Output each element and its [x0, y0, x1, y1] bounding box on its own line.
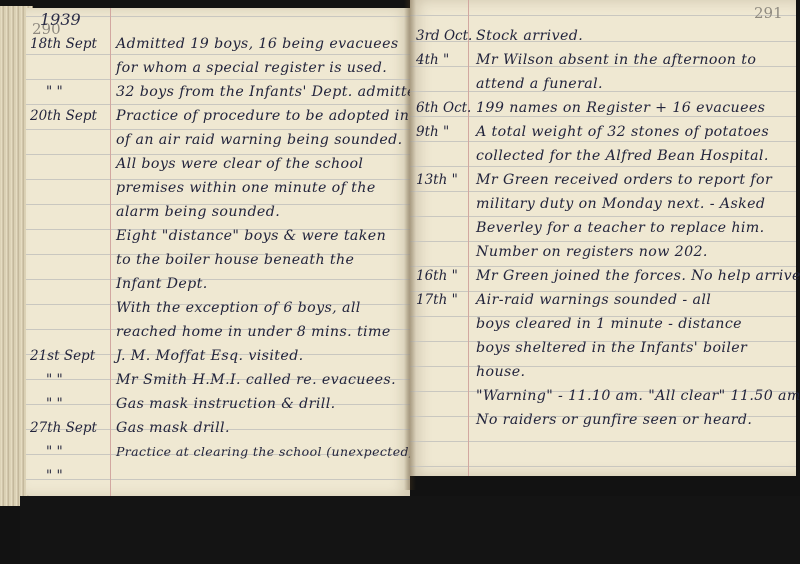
entry-line: Mr Wilson absent in the afternoon to — [476, 52, 756, 68]
left-page-lower: " " — [26, 8, 410, 496]
entry-line: collected for the Alfred Bean Hospital. — [476, 148, 769, 164]
entry-date: 13th " — [416, 172, 458, 188]
entry-line: boys sheltered in the Infants' boiler — [476, 340, 747, 356]
page-number-right: 291 — [754, 4, 783, 22]
entry-line: Beverley for a teacher to replace him. — [476, 220, 765, 236]
open-log-book: 290 1939 18th Sept Admitted 19 boys, 16 … — [0, 0, 800, 564]
entry-line: "Warning" - 11.10 am. "All clear" 11.50 … — [476, 388, 800, 404]
right-page: 291 3rd Oct. Stock arrived. 4th " Mr Wil… — [410, 0, 796, 476]
entry-date: 17th " — [416, 292, 458, 308]
background-surface — [20, 496, 800, 564]
entry-line: military duty on Monday next. - Asked — [476, 196, 765, 212]
entry-line: house. — [476, 364, 525, 380]
entry-line: Number on registers now 202. — [476, 244, 708, 260]
entry-line: Stock arrived. — [476, 28, 583, 44]
entry-line: 199 names on Register + 16 evacuees — [476, 100, 765, 116]
entry-line: Mr Green joined the forces. No help arri… — [476, 268, 800, 284]
book-binding — [404, 0, 416, 490]
entry-date: 4th " — [416, 52, 449, 68]
entry-date: " " — [46, 468, 63, 484]
entry-line: A total weight of 32 stones of potatoes — [476, 124, 769, 140]
entry-line: attend a funeral. — [476, 76, 603, 92]
entry-line: boys cleared in 1 minute - distance — [476, 316, 742, 332]
entry-date: 9th " — [416, 124, 449, 140]
entry-line: Air-raid warnings sounded - all — [476, 292, 711, 308]
entry-date: 16th " — [416, 268, 458, 284]
entry-line: No raiders or gunfire seen or heard. — [476, 412, 752, 428]
date-margin-line — [468, 0, 469, 476]
entry-line: Mr Green received orders to report for — [476, 172, 772, 188]
entry-date: 6th Oct. — [416, 100, 471, 116]
entry-date: 3rd Oct. — [416, 28, 472, 44]
